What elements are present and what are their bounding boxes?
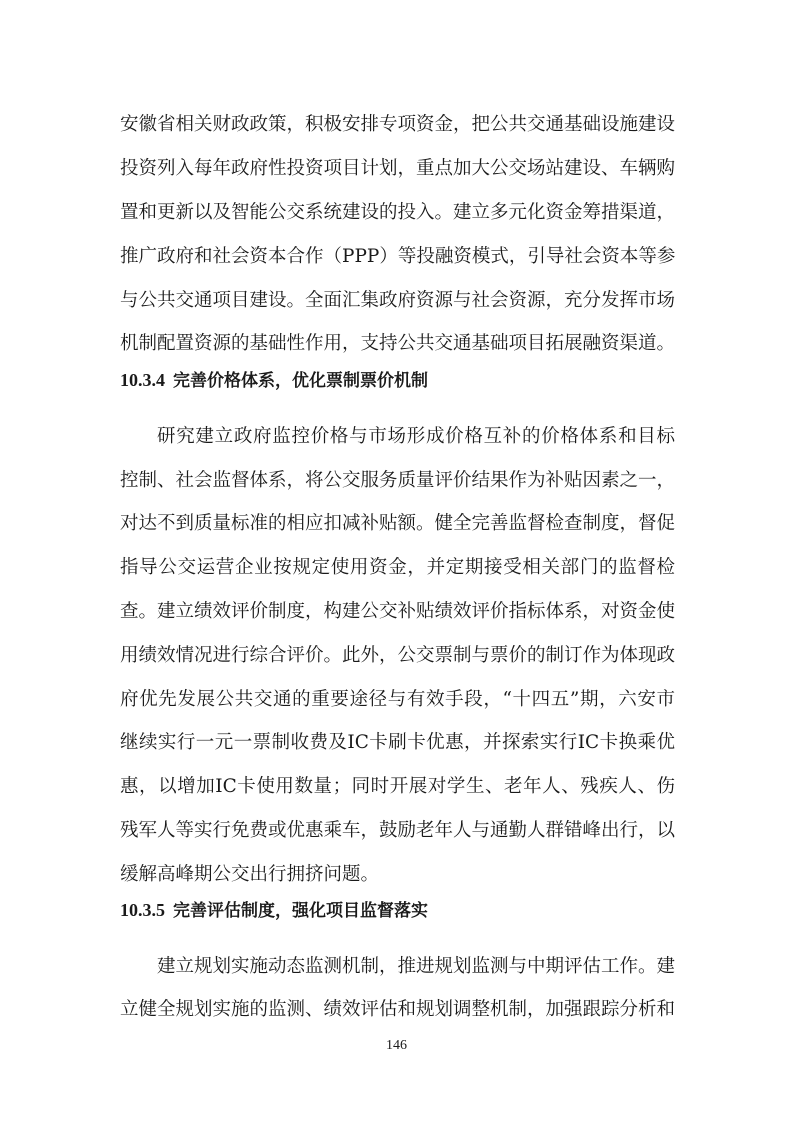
section-number: 10.3.5 xyxy=(120,900,165,920)
text-line: 惠，以增加IC卡使用数量；同时开展对学生、老年人、残疾人、伤 xyxy=(120,775,675,799)
text-line: 建立规划实施动态监测机制，推进规划监测与中期评估工作。建 xyxy=(157,955,675,979)
page-number: 146 xyxy=(0,1038,793,1054)
text-line: 置和更新以及智能公交系统建设的投入。建立多元化资金筹措渠道， xyxy=(120,201,675,225)
document-page: 安徽省相关财政政策，积极安排专项资金，把公共交通基础设施建设 投资列入每年政府性… xyxy=(0,0,793,1122)
text-line: 与公共交通项目建设。全面汇集政府资源与社会资源，充分发挥市场 xyxy=(120,289,675,313)
text-line: 研究建立政府监控价格与市场形成价格互补的价格体系和目标 xyxy=(157,425,675,449)
text-line: 指导公交运营企业按规定使用资金，并定期接受相关部门的监督检 xyxy=(120,556,675,580)
text-line: 控制、社会监督体系，将公交服务质量评价结果作为补贴因素之一， xyxy=(120,469,675,493)
section-title: 完善价格体系，优化票制票价机制 xyxy=(173,371,428,391)
text-line: 府优先发展公共交通的重要途径与有效手段，“十四五”期，六安市 xyxy=(120,688,675,712)
text-line: 用绩效情况进行综合评价。此外，公交票制与票价的制订作为体现政 xyxy=(120,644,675,668)
text-line: 查。建立绩效评价制度，构建公交补贴绩效评价指标体系，对资金使 xyxy=(120,600,675,624)
text-line: 机制配置资源的基础性作用，支持公共交通基础项目拓展融资渠道。 xyxy=(120,332,675,356)
text-line: 缓解高峰期公交出行拥挤问题。 xyxy=(120,863,675,887)
text-line: 继续实行一元一票制收费及IC卡刷卡优惠，并探索实行IC卡换乘优 xyxy=(120,731,675,755)
text-line: 对达不到质量标准的相应扣减补贴额。健全完善监督检查制度，督促 xyxy=(120,512,675,536)
section-heading-10-3-4: 10.3.4完善价格体系，优化票制票价机制 xyxy=(120,368,428,393)
section-title: 完善评估制度，强化项目监督落实 xyxy=(173,901,428,921)
text-line: 残军人等实行免费或优惠乘车，鼓励老年人与通勤人群错峰出行，以 xyxy=(120,819,675,843)
section-heading-10-3-5: 10.3.5完善评估制度，强化项目监督落实 xyxy=(120,898,428,923)
text-line: 立健全规划实施的监测、绩效评估和规划调整机制，加强跟踪分析和 xyxy=(120,998,675,1022)
text-line: 投资列入每年政府性投资项目计划，重点加大公交场站建设、车辆购 xyxy=(120,157,675,181)
text-line: 安徽省相关财政政策，积极安排专项资金，把公共交通基础设施建设 xyxy=(120,113,675,137)
text-line: 推广政府和社会资本合作（PPP）等投融资模式，引导社会资本等参 xyxy=(120,245,675,269)
section-number: 10.3.4 xyxy=(120,370,165,390)
